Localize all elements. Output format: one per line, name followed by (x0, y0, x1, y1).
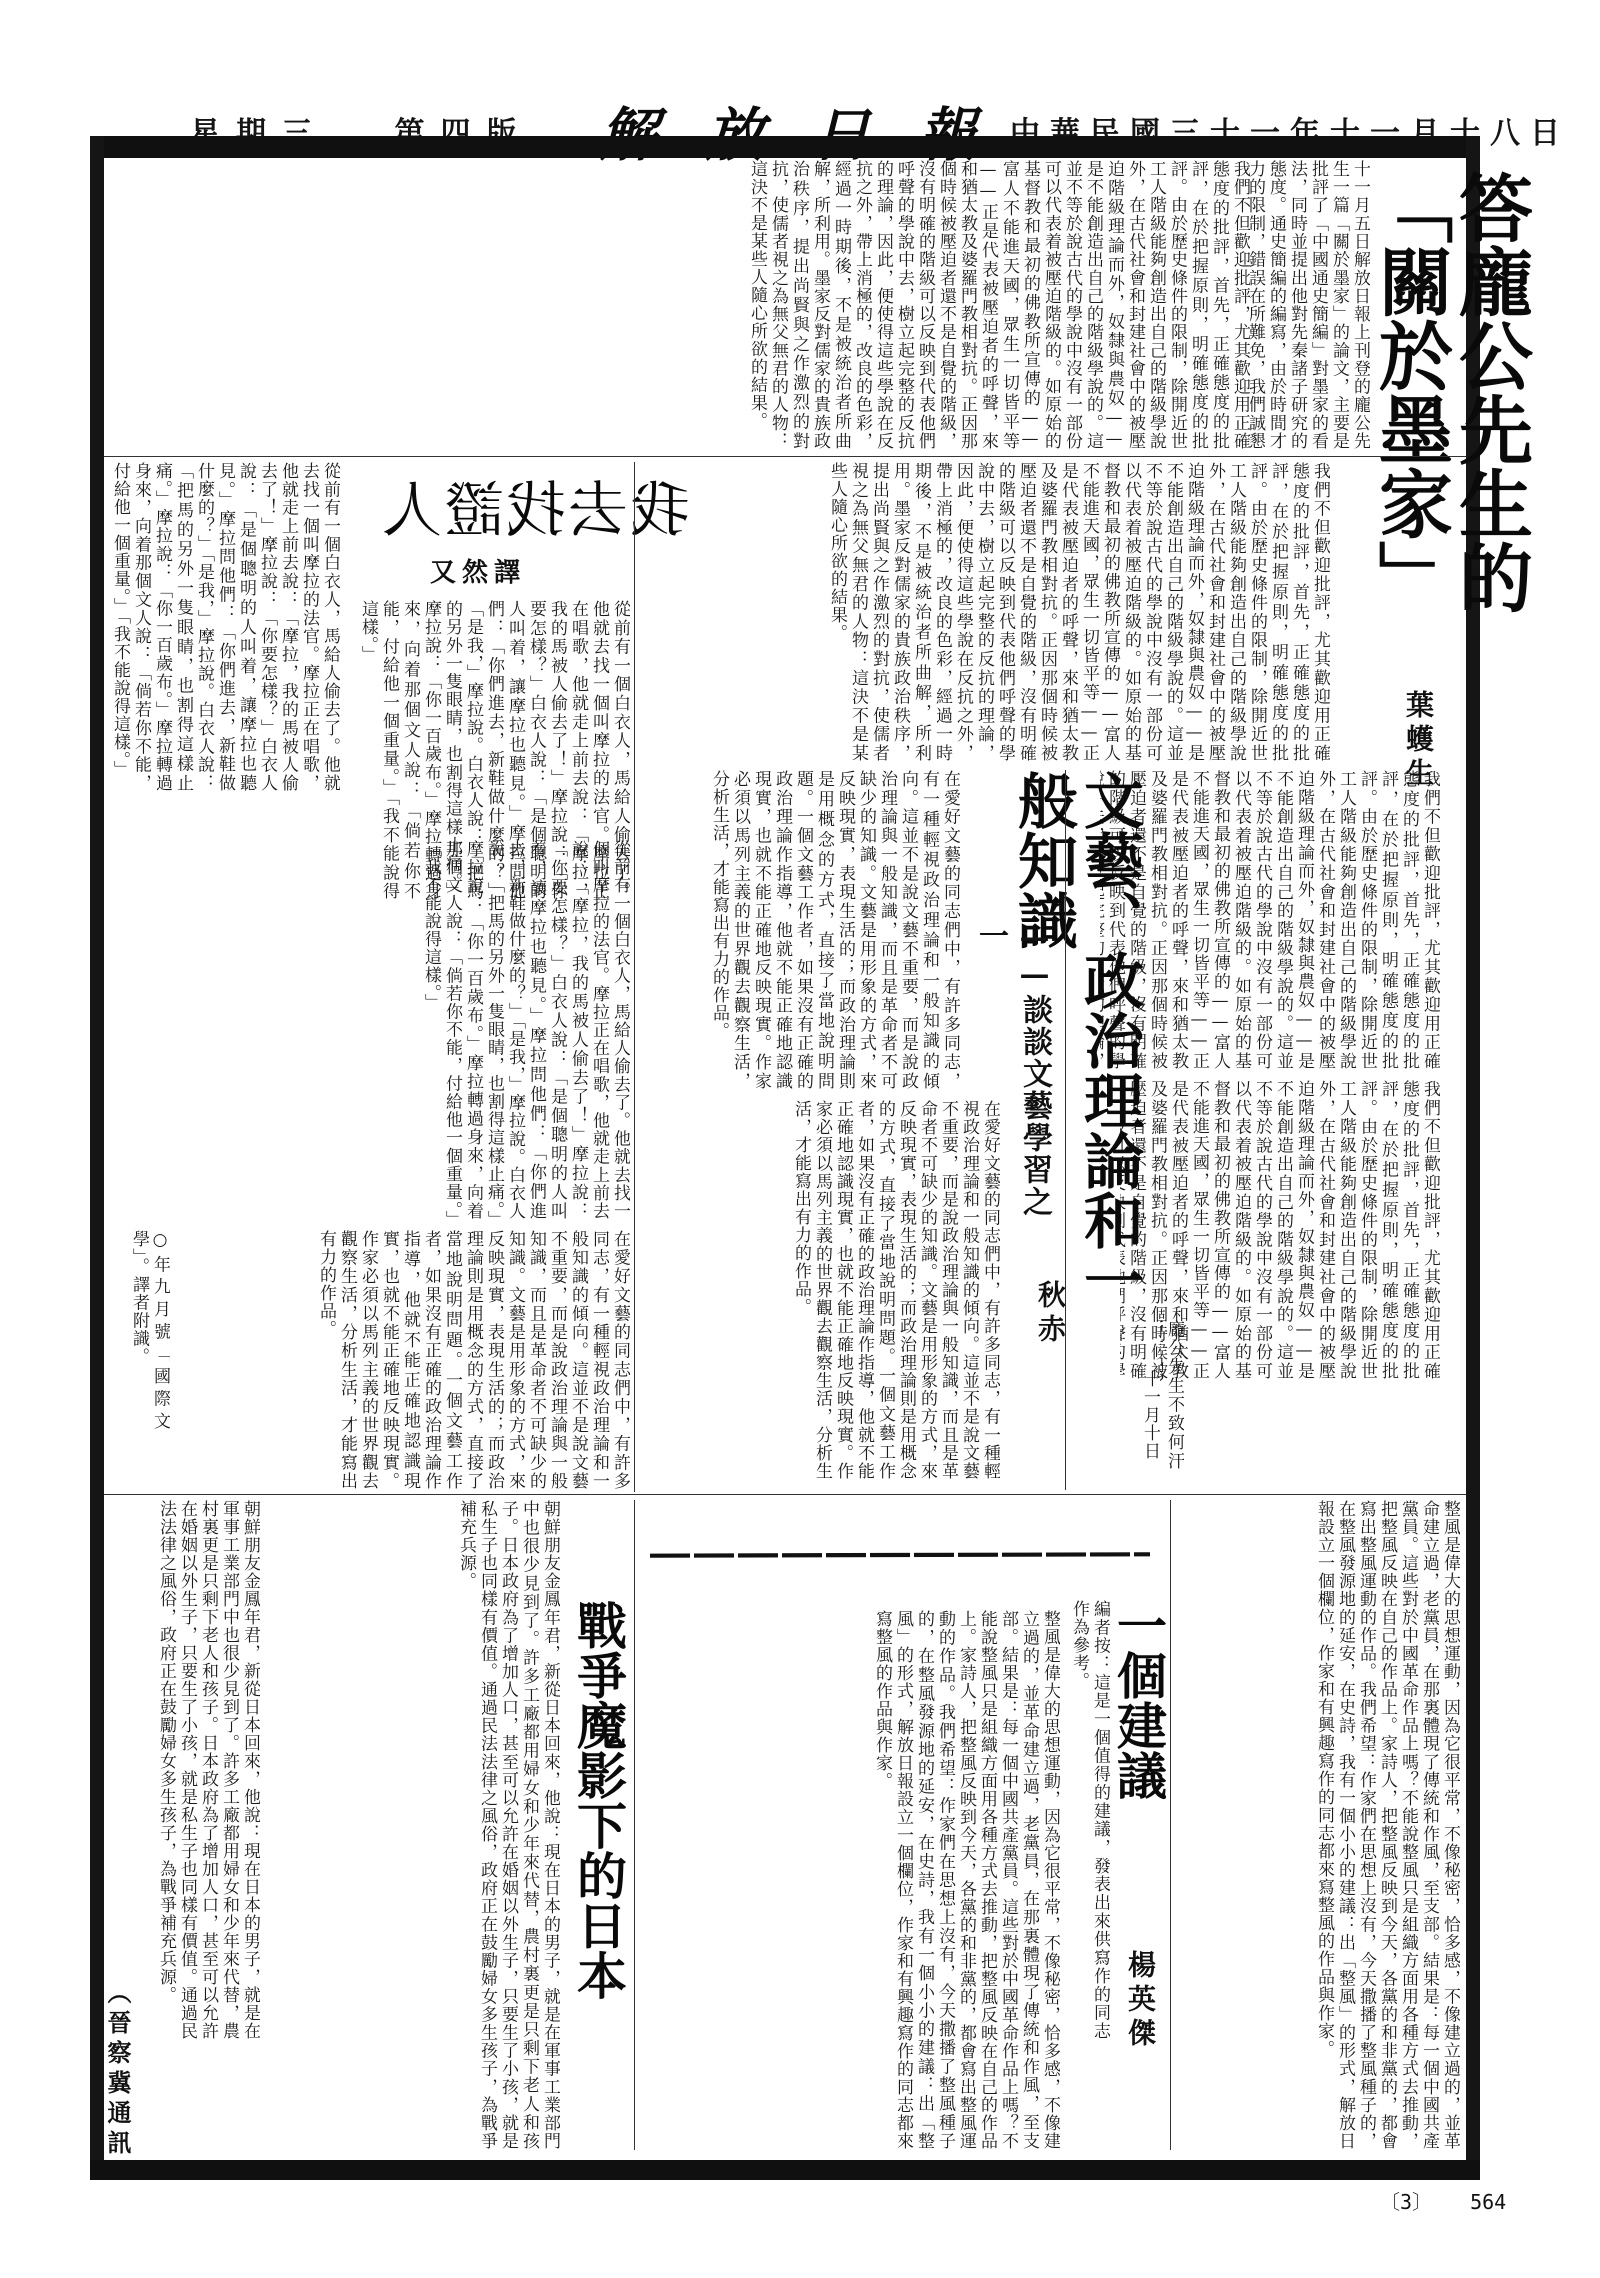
column-divider (1065, 770, 1066, 1490)
article-mojia-body-1: 我們不但歡迎批評，尤其歡迎用正確態度的批評，首先，正確態度的批評，在於把握原則，… (110, 160, 1250, 450)
article-proposal-author: 楊英傑 (1120, 1950, 1160, 2052)
article-wenyi-body-3: 在愛好文藝的同志們中，有許多同志，有一種輕視政治理論和一般知識的傾向。這並不是說… (240, 1230, 630, 1490)
article-proposal-body-2: 整風是偉大的思想運動，因為它很平常，不像秘密，恰多感，不像建立過的，並革命建立過… (1180, 1500, 1460, 2150)
article-japan-title: 戰爭魔影下的日本 (570, 1600, 626, 2000)
article-japan-source: （晉察冀通訊） (100, 1980, 135, 2190)
band-rule-2 (104, 1494, 1466, 1495)
bottom-rule (90, 2160, 1480, 2180)
column-divider (634, 462, 635, 1492)
article-proposal-body-1: 整風是偉大的思想運動，因為它很平常，不像秘密，恰多感，不像建立過的，並革命建立過… (640, 1610, 1060, 2150)
article-mojia-body-3: 我們不但歡迎批評，尤其歡迎用正確態度的批評，首先，正確態度的批評，在於把握原則，… (1100, 770, 1440, 1070)
article-mojia-date: 十一月十日 (1136, 1370, 1160, 1480)
article-mojia-title: 答龐公先生的「關於墨家」 (1370, 170, 1530, 690)
article-proposal-note: 編者按：這是一個值得的建議，發表出來供寫作的同志作為參考。 (1070, 1600, 1110, 2040)
article-witness-title: 我去找證人 (380, 478, 690, 544)
article-mojia-closing: 龐公先生不致何汗斯言吧？ (1160, 1320, 1184, 1470)
article-japan-body-1: 朝鮮朋友金鳳年君，新從日本回來，他說：現在日本的男子，就是在軍事工業部門中也很少… (260, 1500, 560, 2150)
article-witness-body-3: 從前有一個白衣人，馬給人偷去了。他就去找一個叫摩拉的法官。摩拉正在唱歌，他就走上… (110, 840, 630, 1220)
article-mojia-body-2: 我們不但歡迎批評，尤其歡迎用正確態度的批評，首先，正確態度的批評，在於把握原則，… (630, 462, 1330, 762)
article-wenyi-body-1: 在愛好文藝的同志們中，有許多同志，有一種輕視政治理論和一般知識的傾向。這並不是說… (640, 770, 960, 1090)
article-witness-footnote: ○年九月號「國際文學」。譯者附識。 (110, 1230, 170, 1430)
column-divider (1170, 1500, 1171, 2150)
article-wenyi-body-2: 在愛好文藝的同志們中，有許多同志，有一種輕視政治理論和一般知識的傾向。這並不是說… (640, 1100, 1000, 1480)
article-japan-body-2: 朝鮮朋友金鳳年君，新從日本回來，他說：現在日本的男子，就是在軍事工業部門中也很少… (130, 1500, 260, 2040)
column-divider (634, 1500, 635, 2150)
page-folio: 〔3〕 564 (1380, 2186, 1506, 2215)
left-border (90, 136, 104, 2170)
decorative-wavy-rule (650, 1548, 1150, 1562)
article-witness-translator: 又然譯 (430, 552, 526, 589)
article-mojia-lead: 十一月五日解放日報上刊登的龐公先生一篇「關於墨家」的論文，主要是批評了「中國通史… (1250, 160, 1370, 450)
article-proposal-title: 一個建議 (1110, 1600, 1166, 1820)
top-rule (90, 136, 1480, 158)
band-rule-1 (104, 456, 1466, 457)
page-number: 564 (1470, 2190, 1506, 2214)
page-label: 〔3〕 (1380, 2190, 1432, 2214)
article-wenyi-author: 秋赤 (1030, 1280, 1070, 1348)
